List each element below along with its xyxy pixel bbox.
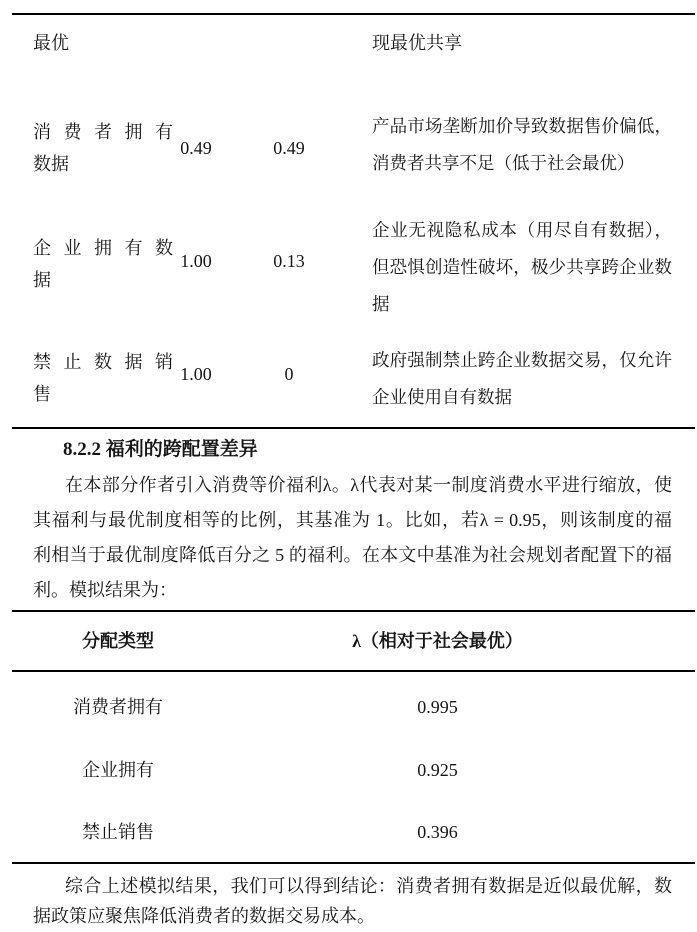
table1-row-consumer-owned: 消费者拥有 数据 0.49 0.49 产品市场垄断加价导致数据售价偏低， 消费者… [33, 108, 672, 182]
allocation-type: 禁止销售 [33, 821, 203, 843]
paragraph-line: 综合上述模拟结果，我们可以得到结论：消费者拥有数据是近似最优解，数 [33, 871, 672, 901]
row-label-line: 禁止数据销 [33, 346, 173, 378]
row-label: 消费者拥有 数据 [33, 108, 173, 182]
paragraph-line: 利。模拟结果为： [33, 573, 672, 608]
row-label: 企业拥有数 据 [33, 212, 173, 323]
table1-header-col2 [173, 32, 219, 54]
row-description-line: 政府强制禁止跨企业数据交易，仅允许 [372, 342, 672, 379]
row-value-optimal: 0.49 [173, 108, 219, 182]
row-value-sharing: 0 [219, 342, 359, 416]
row-description-line: 消费者共享不足（低于社会最优） [372, 145, 672, 182]
table2-header-rule [12, 670, 695, 672]
table1-header-col4: 现最优共享 [359, 32, 672, 54]
row-value-optimal: 1.00 [173, 212, 219, 323]
row-description: 企业无视隐私成本（用尽自有数据）， 但恐惧创造性破坏，极少共享跨企业数 据 [359, 212, 672, 323]
table1-header-col3 [219, 32, 359, 54]
row-description-line: 产品市场垄断加价导致数据售价偏低， [372, 108, 672, 145]
table1-row-firm-owned: 企业拥有数 据 1.00 0.13 企业无视隐私成本（用尽自有数据）， 但恐惧创… [33, 212, 672, 323]
row-description: 政府强制禁止跨企业数据交易，仅允许 企业使用自有数据 [359, 342, 672, 416]
table2-header-lambda: λ（相对于社会最优） [203, 630, 672, 652]
row-description: 产品市场垄断加价导致数据售价偏低， 消费者共享不足（低于社会最优） [359, 108, 672, 182]
row-description-line: 企业无视隐私成本（用尽自有数据）， [372, 212, 672, 249]
table2-row-consumer-owned: 消费者拥有 0.995 [33, 696, 672, 718]
row-value-optimal: 1.00 [173, 342, 219, 416]
paragraph-line: 利相当于最优制度降低百分之 5 的福利。在本文中基准为社会规划者配置下的福 [33, 538, 672, 573]
row-label-line: 企业拥有数 [33, 232, 173, 264]
table1-bottom-rule [12, 427, 695, 429]
table1-top-rule [12, 13, 695, 15]
row-label-line: 据 [33, 264, 173, 296]
section-heading: 8.2.2 福利的跨配置差异 [63, 438, 258, 462]
lambda-value: 0.396 [203, 821, 672, 843]
row-value-sharing: 0.13 [219, 212, 359, 323]
table2-header-row: 分配类型 λ（相对于社会最优） [33, 630, 672, 652]
row-label-line: 消费者拥有 [33, 116, 173, 148]
row-description-line: 但恐惧创造性破坏，极少共享跨企业数 [372, 249, 672, 286]
body-paragraph: 在本部分作者引入消费等价福利λ。λ代表对某一制度消费水平进行缩放，使 其福利与最… [33, 468, 672, 608]
lambda-value: 0.995 [203, 696, 672, 718]
row-description-line: 企业使用自有数据 [372, 379, 672, 416]
table2-bottom-rule [12, 862, 695, 864]
table1-header-col1: 最优 [33, 32, 173, 54]
allocation-type: 企业拥有 [33, 759, 203, 781]
row-label-line: 售 [33, 378, 173, 410]
table1-row-sale-banned: 禁止数据销 售 1.00 0 政府强制禁止跨企业数据交易，仅允许 企业使用自有数… [33, 342, 672, 416]
row-description-line: 据 [372, 286, 672, 323]
lambda-value: 0.925 [203, 759, 672, 781]
allocation-type: 消费者拥有 [33, 696, 203, 718]
table2-top-rule [12, 610, 695, 612]
row-label-line: 数据 [33, 148, 173, 180]
document-page: 最优 现最优共享 消费者拥有 数据 0.49 0.49 产品市场垄断加价导致数据… [0, 0, 697, 932]
table1-header-row: 最优 现最优共享 [33, 32, 672, 54]
conclusion-paragraph: 综合上述模拟结果，我们可以得到结论：消费者拥有数据是近似最优解，数 据政策应聚焦… [33, 871, 672, 931]
table2-row-firm-owned: 企业拥有 0.925 [33, 759, 672, 781]
row-value-sharing: 0.49 [219, 108, 359, 182]
paragraph-line: 在本部分作者引入消费等价福利λ。λ代表对某一制度消费水平进行缩放，使 [33, 468, 672, 503]
paragraph-line: 据政策应聚焦降低消费者的数据交易成本。 [33, 901, 672, 931]
table2-header-type: 分配类型 [33, 630, 203, 652]
paragraph-line: 其福利与最优制度相等的比例，其基准为 1。比如，若λ = 0.95，则该制度的福 [33, 503, 672, 538]
row-label: 禁止数据销 售 [33, 342, 173, 416]
table2-row-sale-banned: 禁止销售 0.396 [33, 821, 672, 843]
